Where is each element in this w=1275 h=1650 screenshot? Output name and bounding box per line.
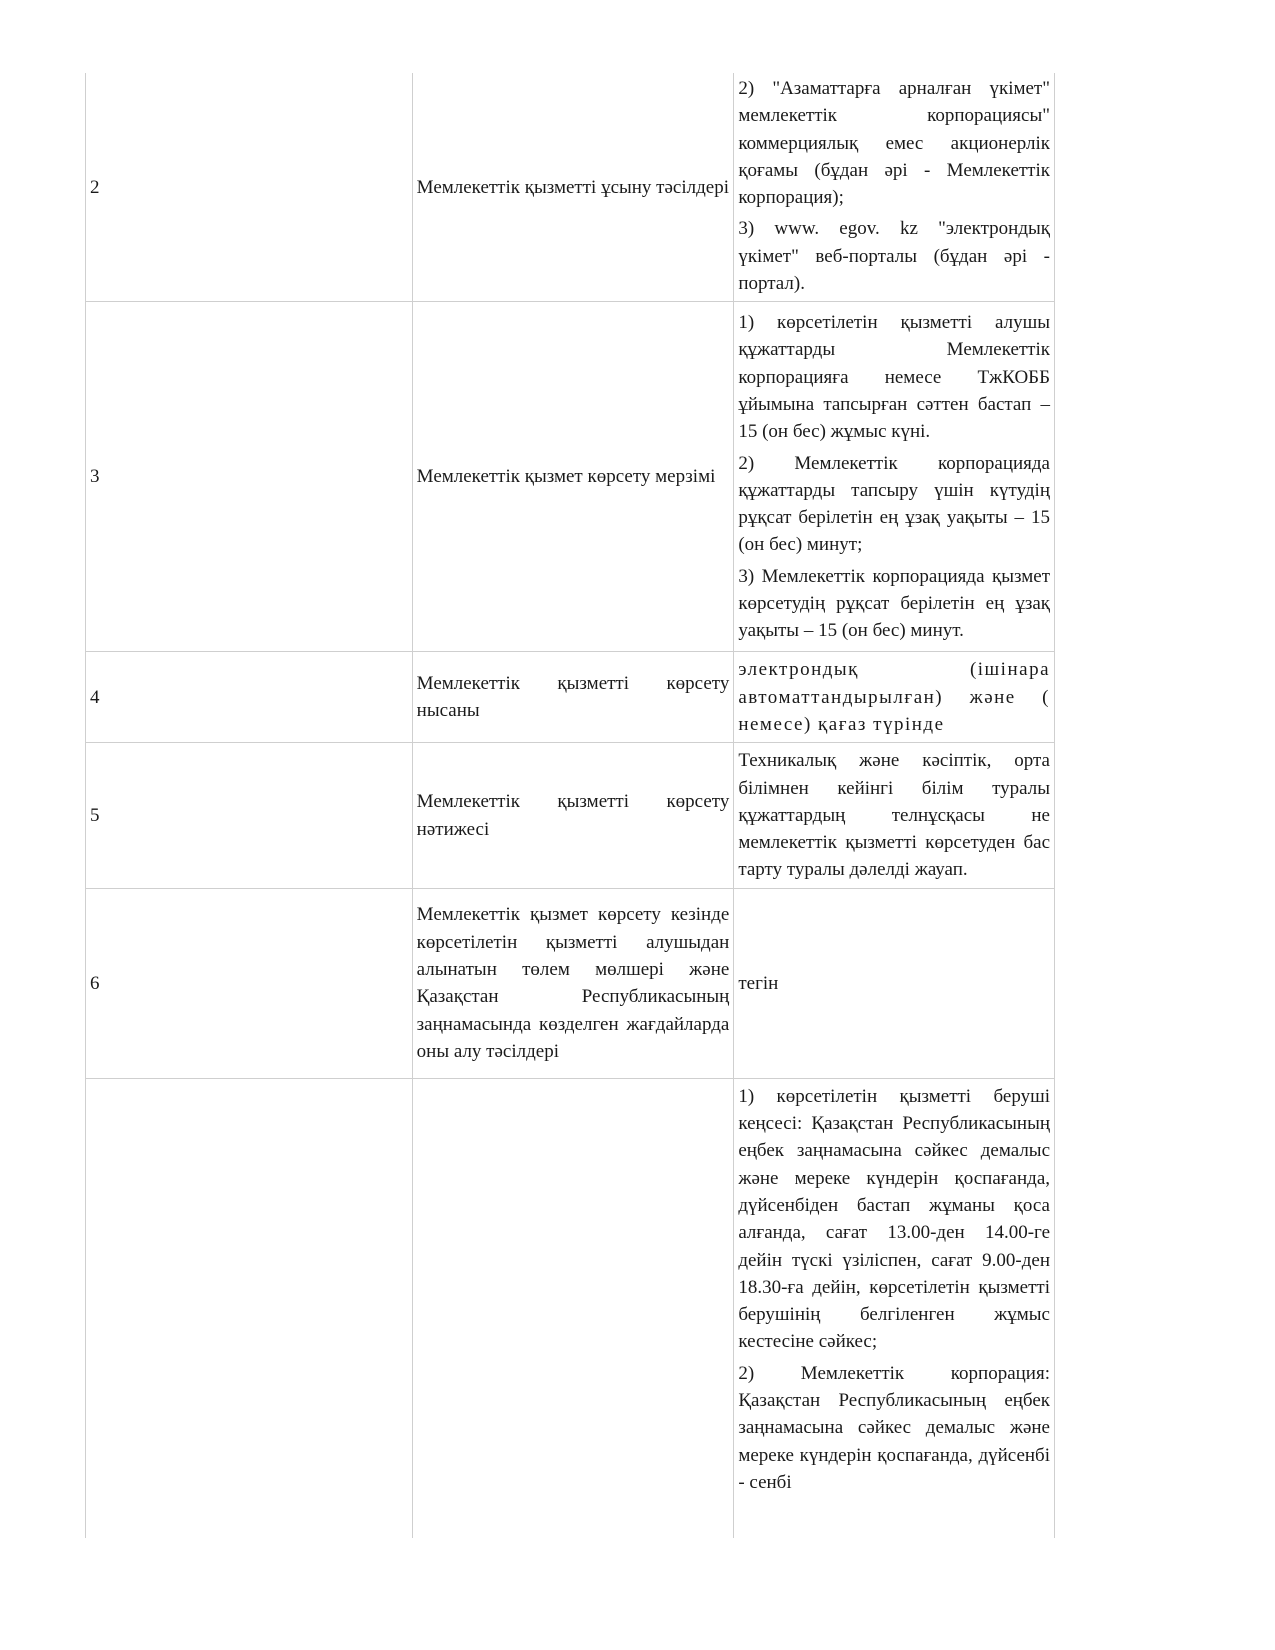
table-row: 4 Мемлекеттік қызметті көрсету нысаны эл…: [86, 652, 1055, 743]
table-row: 1) көрсетілетін қызметті беруші кеңсесі:…: [86, 1078, 1055, 1538]
value-paragraph: 1) көрсетілетін қызметті алушы құжаттард…: [738, 309, 1050, 445]
value-paragraph: 2) "Азаматтарға арналған үкімет" мемлеке…: [738, 75, 1050, 211]
service-standard-table: 2 Мемлекеттік қызметті ұсыну тәсілдері 2…: [85, 73, 1055, 1538]
row-label: Мемлекеттік қызмет көрсету кезінде көрсе…: [412, 888, 734, 1078]
table-row: 2 Мемлекеттік қызметті ұсыну тәсілдері 2…: [86, 73, 1055, 302]
row-value: электрондық (ішінара автоматтандырылған)…: [734, 652, 1055, 743]
table-row: 3 Мемлекеттік қызмет көрсету мерзімі 1) …: [86, 302, 1055, 652]
value-paragraph: тегін: [738, 970, 1050, 997]
value-paragraph: Техникалық және кәсіптік, орта білімнен …: [738, 747, 1050, 883]
row-number: 6: [86, 888, 413, 1078]
row-number: 3: [86, 302, 413, 652]
row-number: 2: [86, 73, 413, 302]
row-label: Мемлекеттік қызметті көрсету нәтижесі: [412, 743, 734, 888]
row-value: 2) "Азаматтарға арналған үкімет" мемлеке…: [734, 73, 1055, 302]
row-label: Мемлекеттік қызметті ұсыну тәсілдері: [412, 73, 734, 302]
row-number: 5: [86, 743, 413, 888]
row-value: тегін: [734, 888, 1055, 1078]
value-paragraph: 1) көрсетілетін қызметті беруші кеңсесі:…: [738, 1083, 1050, 1356]
row-label: Мемлекеттік қызмет көрсету мерзімі: [412, 302, 734, 652]
row-number: 4: [86, 652, 413, 743]
row-label: Мемлекеттік қызметті көрсету нысаны: [412, 652, 734, 743]
value-paragraph: электрондық (ішінара автоматтандырылған)…: [738, 656, 1050, 738]
value-paragraph: 3) Мемлекеттік корпорацияда қызмет көрсе…: [738, 563, 1050, 645]
row-label: [412, 1078, 734, 1538]
value-paragraph: 2) Мемлекеттік корпорацияда құжаттарды т…: [738, 450, 1050, 559]
row-value: 1) көрсетілетін қызметті беруші кеңсесі:…: [734, 1078, 1055, 1538]
table-row: 5 Мемлекеттік қызметті көрсету нәтижесі …: [86, 743, 1055, 888]
row-value: 1) көрсетілетін қызметті алушы құжаттард…: [734, 302, 1055, 652]
value-paragraph: 3) www. egov. kz "электрондық үкімет" ве…: [738, 215, 1050, 297]
value-paragraph: 2) Мемлекеттік корпорация: Қазақстан Рес…: [738, 1360, 1050, 1496]
table-row: 6 Мемлекеттік қызмет көрсету кезінде көр…: [86, 888, 1055, 1078]
row-number: [86, 1078, 413, 1538]
row-value: Техникалық және кәсіптік, орта білімнен …: [734, 743, 1055, 888]
